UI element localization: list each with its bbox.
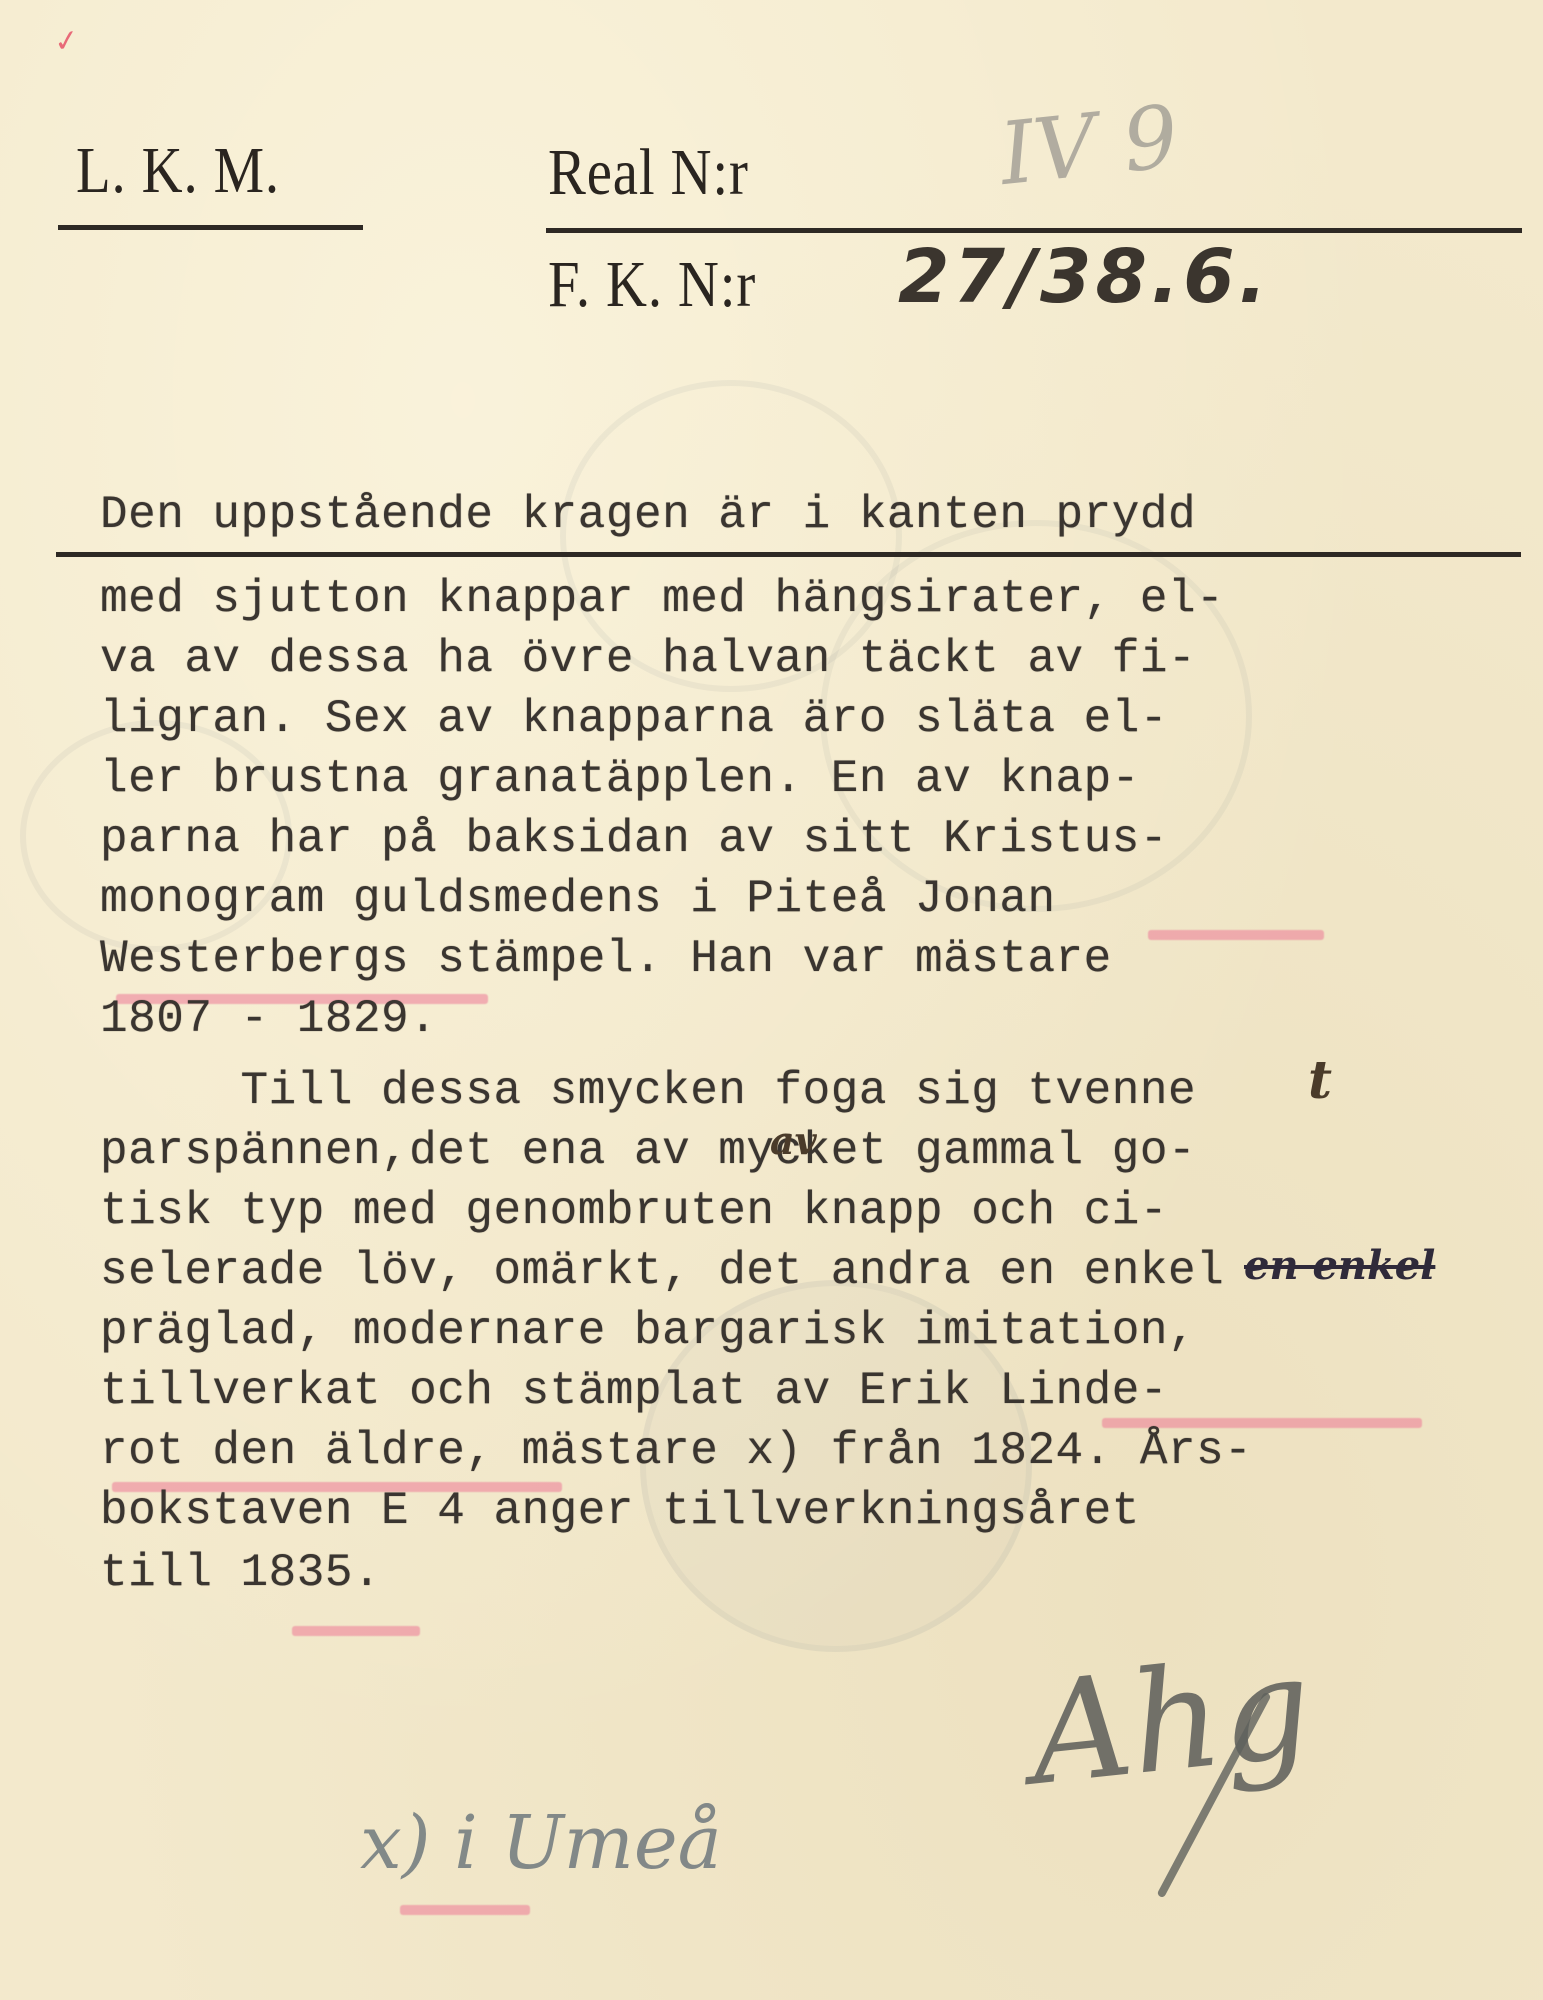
ink-struck-words: en enkel bbox=[1244, 1242, 1435, 1289]
body-line: Westerbergs stämpel. Han var mästare bbox=[100, 936, 1112, 982]
fk-nr-value: 27/38.6. bbox=[898, 234, 1271, 320]
pink-underline bbox=[292, 1626, 420, 1636]
body-line: va av dessa ha övre halvan täckt av fi- bbox=[100, 636, 1196, 682]
ink-insert-av: av bbox=[770, 1118, 817, 1163]
real-nr-label: Real N:r bbox=[548, 140, 749, 206]
body-line: parna har på baksidan av sitt Kristus- bbox=[100, 816, 1168, 862]
body-line: 1807 - 1829. bbox=[100, 996, 437, 1042]
pink-underline bbox=[1148, 930, 1324, 940]
fk-nr-label: F. K. N:r bbox=[548, 252, 756, 318]
collection-underline bbox=[58, 225, 363, 230]
real-nr-value: IV 9 bbox=[995, 87, 1183, 205]
real-nr-rule bbox=[546, 228, 1522, 233]
body-line: med sjutton knappar med hängsirater, el- bbox=[100, 576, 1224, 622]
body-line: selerade löv, omärkt, det andra en enkel bbox=[100, 1248, 1224, 1294]
body-line: rot den äldre, mästare x) från 1824. Års… bbox=[100, 1428, 1252, 1474]
body-line: monogram guldsmedens i Piteå Jonan bbox=[100, 876, 1056, 922]
ink-insert-t: t bbox=[1308, 1050, 1332, 1111]
body-line: ler brustna granatäpplen. En av knap- bbox=[100, 756, 1140, 802]
pink-underline bbox=[400, 1905, 530, 1915]
collection-label: L. K. M. bbox=[76, 138, 280, 204]
body-line: Den uppstående kragen är i kanten prydd bbox=[100, 492, 1196, 538]
body-line: ligran. Sex av knapparna äro släta el- bbox=[100, 696, 1168, 742]
footnote-annotation: x) i Umeå bbox=[360, 1800, 722, 1886]
body-line: parspännen,det ena av mycket gammal go- bbox=[100, 1128, 1196, 1174]
body-line: till 1835. bbox=[100, 1550, 381, 1596]
body-line: tillverkat och stämplat av Erik Linde- bbox=[100, 1368, 1168, 1414]
signature: Ahg bbox=[1022, 1626, 1318, 1817]
check-mark-icon: ✓ bbox=[52, 22, 82, 60]
body-rule bbox=[56, 552, 1521, 557]
body-line: Till dessa smycken foga sig tvenne bbox=[100, 1068, 1196, 1114]
body-line: tisk typ med genombruten knapp och ci- bbox=[100, 1188, 1168, 1234]
body-line: bokstaven E 4 anger tillverkningsåret bbox=[100, 1488, 1140, 1534]
catalogue-card: ✓ L. K. M. Real N:r IV 9 F. K. N:r 27/38… bbox=[0, 0, 1543, 2000]
body-line: präglad, modernare bargarisk imitation, bbox=[100, 1308, 1196, 1354]
